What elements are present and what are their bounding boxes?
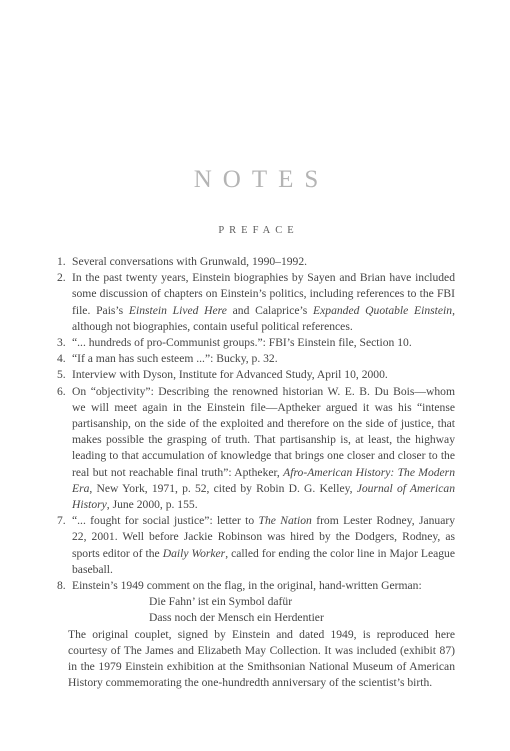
note-text-italic: Expanded Quotable Einstein [313, 304, 452, 317]
note-number: 8. [57, 578, 66, 594]
note-text: Several conversations with Grunwald, 199… [72, 255, 307, 268]
note-body: Interview with Dyson, Institute for Adva… [72, 368, 388, 381]
note-text: , June 2000, p. 155. [107, 498, 198, 511]
note-body: Einstein’s 1949 comment on the flag, in … [72, 579, 422, 592]
note-item: 5.Interview with Dyson, Institute for Ad… [57, 367, 455, 383]
note-body: “... hundreds of pro-Communist groups.”:… [72, 336, 412, 349]
note-item: 3.“... hundreds of pro-Communist groups.… [57, 335, 455, 351]
note-item: 8.Einstein’s 1949 comment on the flag, i… [57, 578, 455, 691]
chapter-heading: PREFACE [57, 225, 455, 237]
note-text: “If a man has such esteem ...”: Bucky, p… [72, 352, 278, 365]
note-body: “If a man has such esteem ...”: Bucky, p… [72, 352, 278, 365]
note-text: The original couplet, signed by Einstein… [68, 628, 455, 690]
note-body: “... fought for social justice”: letter … [72, 514, 455, 576]
note-number: 3. [57, 335, 66, 351]
note-number: 1. [57, 254, 66, 270]
note-number: 7. [57, 513, 66, 529]
note-text: Einstein’s 1949 comment on the flag, in … [72, 579, 422, 592]
note-text: On “objectivity”: Describing the renowne… [72, 385, 455, 479]
note-item: 2.In the past twenty years, Einstein bio… [57, 270, 455, 335]
note-number: 2. [57, 270, 66, 286]
book-page: NOTES PREFACE 1.Several conversations wi… [0, 0, 510, 751]
notes-list: 1.Several conversations with Grunwald, 1… [57, 254, 455, 691]
note-text: and Calaprice’s [227, 304, 313, 317]
note-number: 4. [57, 351, 66, 367]
note-text-italic: Einstein Lived Here [129, 304, 227, 317]
note-item: 4.“If a man has such esteem ...”: Bucky,… [57, 351, 455, 367]
note-number: 6. [57, 384, 66, 400]
note-item: 6.On “objectivity”: Describing the renow… [57, 384, 455, 514]
note-text-italic: The Nation [259, 514, 312, 527]
note-continuation: The original couplet, signed by Einstein… [68, 627, 455, 692]
note-item: 7.“... fought for social justice”: lette… [57, 513, 455, 578]
section-title: NOTES [57, 166, 455, 194]
note-text: , New York, 1971, p. 52, cited by Robin … [89, 482, 356, 495]
note-body: On “objectivity”: Describing the renowne… [72, 385, 455, 511]
note-body: In the past twenty years, Einstein biogr… [72, 271, 455, 333]
note-text: Interview with Dyson, Institute for Adva… [72, 368, 388, 381]
note-text: “... fought for social justice”: letter … [72, 514, 259, 527]
note-number: 5. [57, 367, 66, 383]
note-item: 1.Several conversations with Grunwald, 1… [57, 254, 455, 270]
note-text: “... hundreds of pro-Communist groups.”:… [72, 336, 412, 349]
note-body: Several conversations with Grunwald, 199… [72, 255, 307, 268]
verse-line: Dass noch der Mensch ein Herdentier [149, 610, 455, 626]
verse-line: Die Fahn’ ist ein Symbol dafür [149, 594, 455, 610]
note-text-italic: Daily Worker [163, 547, 226, 560]
